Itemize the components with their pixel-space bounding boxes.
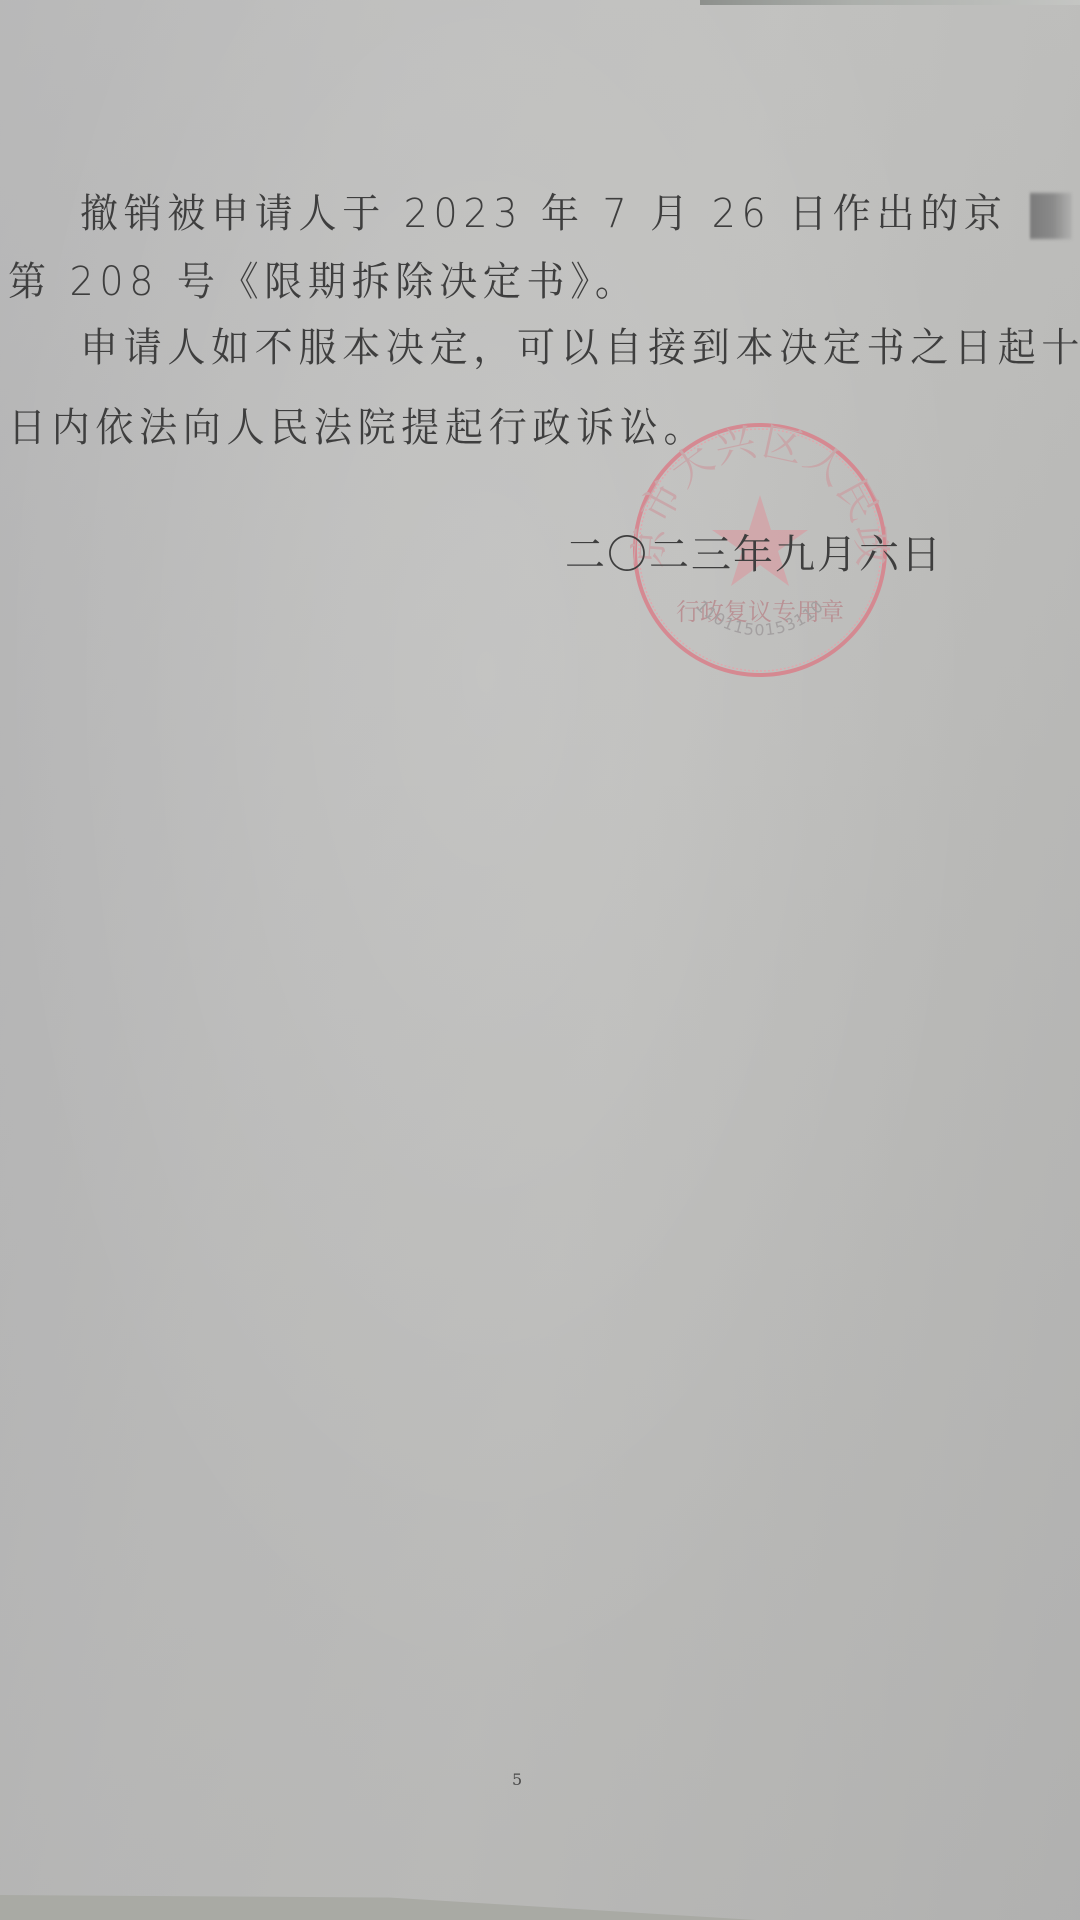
- paragraph-2-line-2: 日内依法向人民法院提起行政诉讼。: [8, 408, 707, 448]
- paragraph-1-line-2: 第 208 号《限期拆除决定书》。: [8, 262, 639, 302]
- redacted-block: [1030, 193, 1072, 239]
- paper-edge-top: [700, 0, 1080, 5]
- paragraph-1-line-1: 撤销被申请人于 2023 年 7 月 26 日作出的京[2023]: [80, 193, 1080, 239]
- page-number: 5: [512, 1770, 522, 1789]
- revoke-clause-text: 撤销被申请人于 2023 年 7 月 26 日作出的京: [80, 191, 1008, 237]
- signing-date: 二〇二三年九月六日: [565, 535, 943, 575]
- paragraph-2-line-1: 申请人如不服本决定，可以自接到本决定书之日起十五: [80, 328, 1080, 368]
